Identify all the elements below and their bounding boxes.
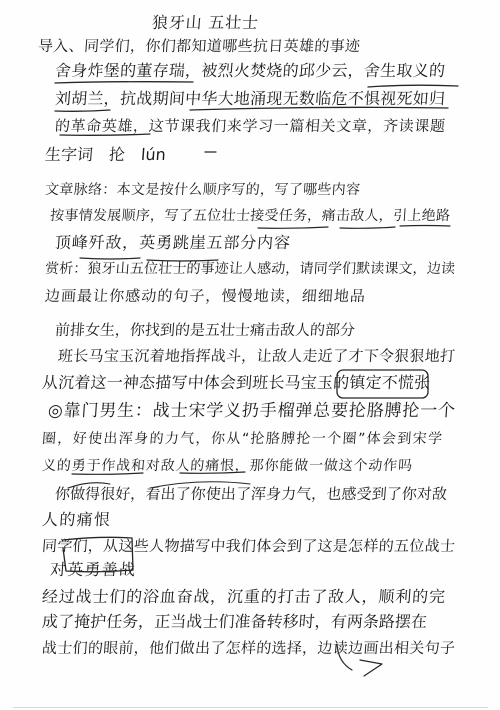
text-line: ◎靠门男生：战士宋学义扔手榴弹总要抡胳膊抡一个 [47,401,455,421]
text-line: 顶峰歼敌，英勇跳崖五部分内容 [54,233,290,253]
underline [258,227,328,228]
text-line: 班长马宝玉沉着地指挥战斗，让敌人走近了才下令狠狠地打 [57,346,455,366]
page-edge-divider [13,707,488,708]
text-line: 战士们的眼前，他们做出了怎样的选择，边读边画出相关句子 [41,638,455,658]
text-line: 从沉着这一神态描写中体会到班长马宝玉的镇定不慌张 [41,373,430,393]
underline [340,227,395,228]
text-line: 人的痛恨 [41,510,110,530]
text-line: 的革命英雄，这节课我们来学习一篇相关文章，齐读课题 [54,116,445,136]
text-line: 你做得很好，看出了你使出了浑身力气，也感受到了你对敌 [54,484,447,504]
text-line: 成了掩护任务，正当战士们准备转移时，有两条路摆在 [41,612,427,632]
text-line: 义的勇于作战和对敌人的痛恨，那你能做一做这个动作吗 [41,456,412,476]
arrow-head [360,660,382,676]
page-title: 狼牙山 五壮士 [151,13,258,33]
text-line-appreciation: 赏析：狼牙山五位壮士的事迹让人感动，请同学们默读课文，边读 [44,259,455,279]
text-line-structure: 文章脉络：本文是按什么顺序写的，写了哪些内容 [44,180,360,200]
text-line: 圈，好使出浑身的力气，你从“抡胳膊抡一个圈”体会到宋学 [41,429,442,449]
underline [55,110,110,111]
text-line: 同学们，从这些人物描写中我们体会到了这是怎样的五位战士 [41,536,455,556]
text-line: 刘胡兰，抗战期间中华大地涌现无数临危不惧视死如归 [54,89,445,109]
text-line: 对英勇善战 [49,560,135,580]
text-line: 边画最让你感动的句子，慢慢地读，细细地品 [44,286,365,306]
underline [55,82,193,83]
text-line: 前排女生，你找到的是五壮士痛击敌人的部分 [54,320,355,340]
text-line: 舍身炸堡的董存瑞，被烈火焚烧的邱少云，舍生取义的 [54,61,445,81]
text-line-intro: 导入、同学们，你们都知道哪些抗日英雄的事迹 [37,36,360,56]
underline [368,85,458,87]
text-line: 经过战士们的浴血奋战，沉重的打击了敌人，顺利的完 [41,587,445,607]
text-line: 按事情发展顺序，写了五位壮士接受任务，痛击敌人，引上绝路 [49,206,450,226]
text-line-vocabulary: 生字词 抡 lún [44,145,175,165]
handwritten-lesson-page: 狼牙山 五壮士 导入、同学们，你们都知道哪些抗日英雄的事迹 舍身炸堡的董存瑞，被… [0,0,500,710]
